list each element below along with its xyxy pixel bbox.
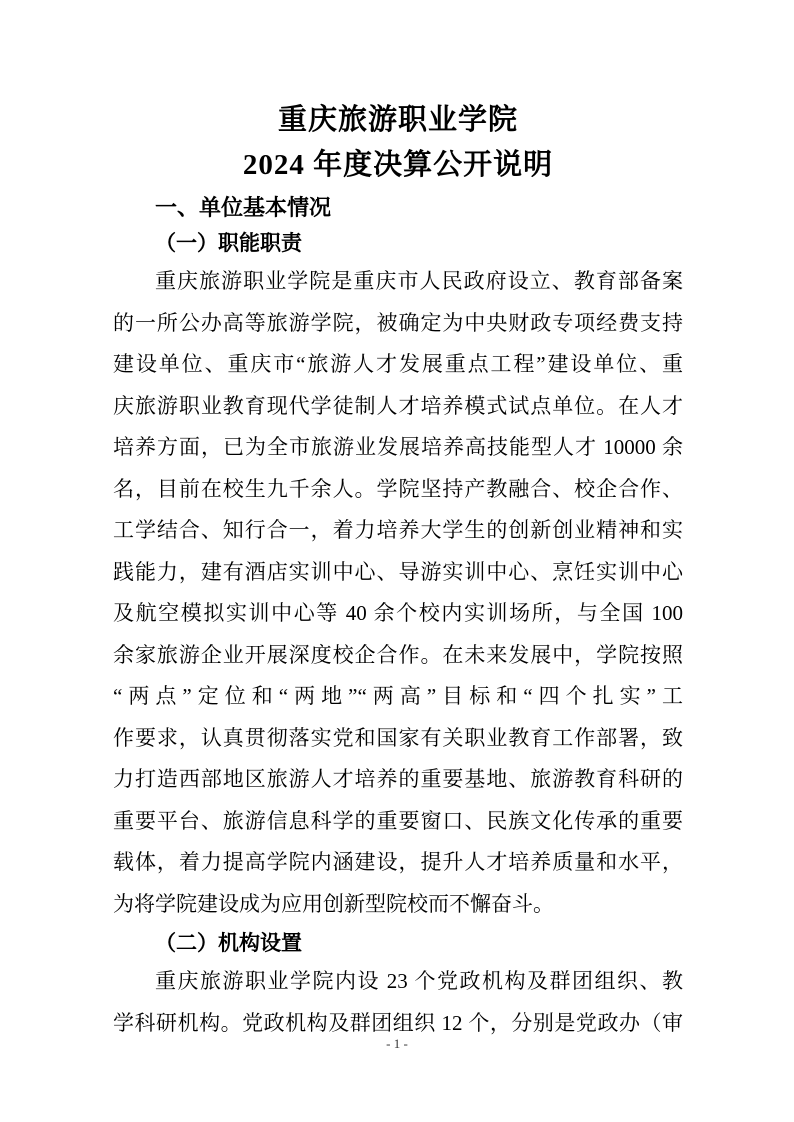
document-title-line1: 重庆旅游职业学院	[113, 98, 683, 143]
paragraph-line: 重庆旅游职业学院内设 23 个党政机构及群团组织、教	[113, 961, 683, 1003]
paragraph-line: 践能力，建有酒店实训中心、导游实训中心、烹饪实训中心	[113, 552, 683, 594]
paragraph-line: 力打造西部地区旅游人才培养的重要基地、旅游教育科研的	[113, 759, 683, 801]
paragraph-line: 建设单位、重庆市“旅游人才发展重点工程”建设单位、重	[113, 344, 683, 386]
paragraph-line: 为将学院建设成为应用创新型院校而不懈奋斗。	[113, 884, 683, 926]
paragraph-functions: 重庆旅游职业学院是重庆市人民政府设立、教育部备案 的一所公办高等旅游学院，被确定…	[113, 261, 683, 925]
document-content: 重庆旅游职业学院 2024 年度决算公开说明 一、单位基本情况 （一）职能职责 …	[113, 0, 683, 1044]
section-heading-basic-info: 一、单位基本情况	[113, 193, 683, 222]
paragraph-line: 工学结合、知行合一，着力培养大学生的创新创业精神和实	[113, 510, 683, 552]
paragraph-line: 余家旅游企业开展深度校企合作。在未来发展中，学院按照	[113, 635, 683, 677]
paragraph-line: 庆旅游职业教育现代学徒制人才培养模式试点单位。在人才	[113, 386, 683, 428]
document-page: 重庆旅游职业学院 2024 年度决算公开说明 一、单位基本情况 （一）职能职责 …	[0, 0, 794, 1122]
paragraph-line: 名，目前在校生九千余人。学院坚持产教融合、校企合作、	[113, 469, 683, 511]
paragraph-line: 重庆旅游职业学院是重庆市人民政府设立、教育部备案	[113, 261, 683, 303]
paragraph-line: 培养方面，已为全市旅游业发展培养高技能型人才 10000 余	[113, 427, 683, 469]
page-number: - 1 -	[0, 1036, 794, 1052]
subsection-heading-functions: （一）职能职责	[113, 229, 683, 258]
paragraph-line: 的一所公办高等旅游学院，被确定为中央财政专项经费支持	[113, 303, 683, 345]
paragraph-line: 作要求，认真贯彻落实党和国家有关职业教育工作部署，致	[113, 718, 683, 760]
paragraph-line: 及航空模拟实训中心等 40 余个校内实训场所，与全国 100	[113, 593, 683, 635]
paragraph-line: “两点”定位和“两地”“两高”目标和“四个扎实”工	[113, 676, 683, 718]
paragraph-line: 载体，着力提高学院内涵建设，提升人才培养质量和水平，	[113, 842, 683, 884]
document-title-line2: 2024 年度决算公开说明	[113, 143, 683, 188]
paragraph-line: 重要平台、旅游信息科学的重要窗口、民族文化传承的重要	[113, 801, 683, 843]
subsection-heading-organization: （二）机构设置	[113, 929, 683, 958]
paragraph-organization: 重庆旅游职业学院内设 23 个党政机构及群团组织、教 学科研机构。党政机构及群团…	[113, 961, 683, 1044]
